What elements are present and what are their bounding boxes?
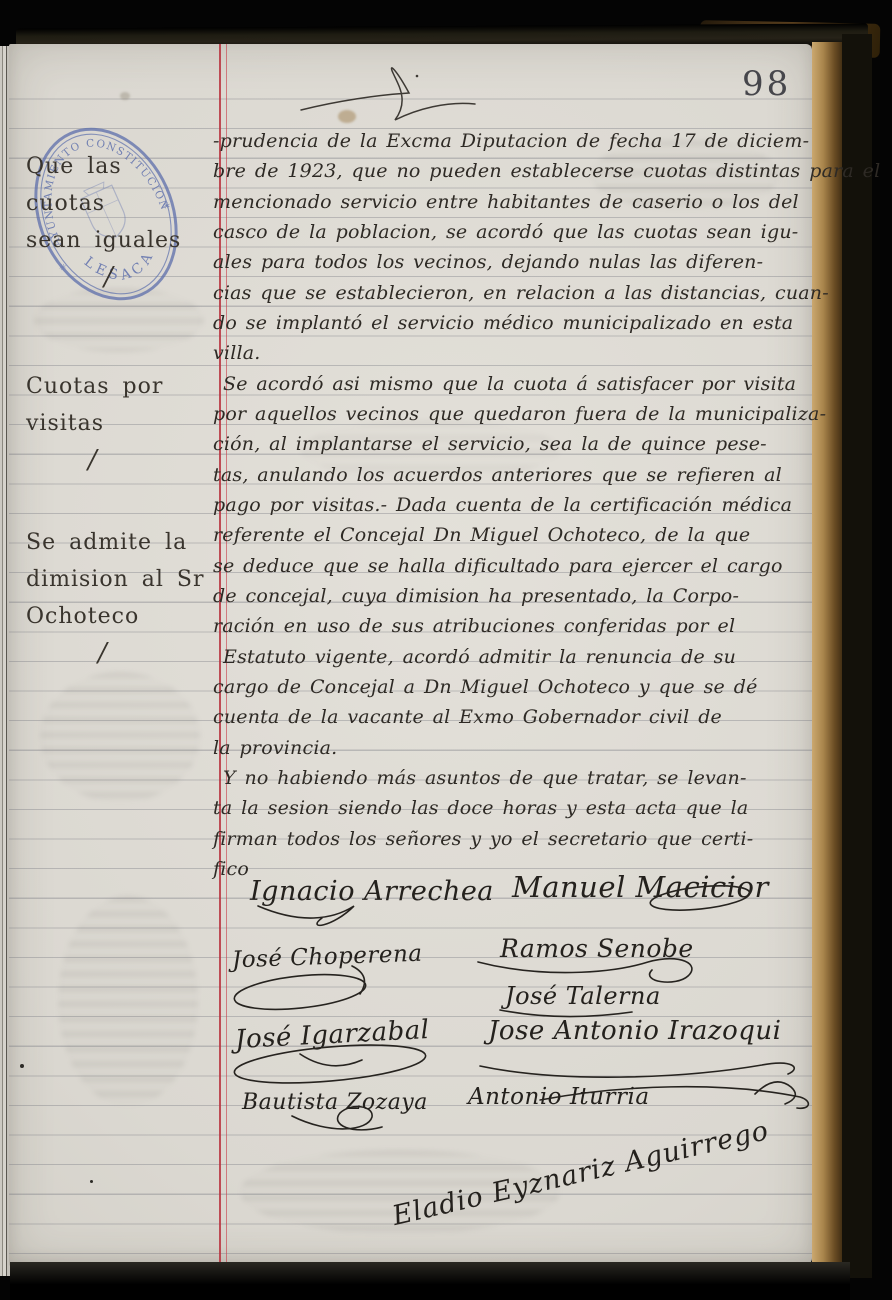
- manuscript-line: la provincia.: [213, 733, 813, 763]
- margin-note-3: Se admite la dimision al Sr Ochoteco /: [26, 524, 211, 672]
- manuscript-line: casco de la poblacion, se acordó que las…: [213, 217, 813, 247]
- margin-note-line: Cuotas por: [26, 374, 163, 399]
- margin-note-1: Que las cuotas sean iguales /: [26, 148, 211, 296]
- manuscript-line: mencionado servicio entre habitantes de …: [213, 187, 813, 217]
- manuscript-line: se deduce que se halla dificultado para …: [213, 551, 813, 581]
- manuscript-line: Se acordó asi mismo que la cuota á satis…: [213, 369, 823, 399]
- manuscript-line: por aquellos vecinos que quedaron fuera …: [213, 399, 813, 429]
- manuscript-line: ta la sesion siendo las doce horas y est…: [213, 793, 813, 823]
- manuscript-line: bre de 1923, que no pueden establecerse …: [213, 156, 813, 186]
- manuscript-line: firman todos los señores y yo el secreta…: [213, 824, 813, 854]
- manuscript-line: pago por visitas.- Dada cuenta de la cer…: [213, 490, 813, 520]
- manuscript-line: -prudencia de la Excma Diputacion de fec…: [213, 126, 813, 156]
- margin-note-line: visitas: [26, 411, 104, 436]
- margin-note-line: dimision al Sr: [26, 567, 204, 592]
- manuscript-line: de concejal, cuya dimision ha presentado…: [213, 581, 813, 611]
- margin-note-line: Se admite la: [26, 530, 187, 555]
- manuscript-line: cias que se establecieron, en relacion a…: [213, 278, 813, 308]
- margin-note-slash: /: [26, 442, 211, 479]
- manuscript-line: ración en uso de sus atribuciones confer…: [213, 611, 813, 641]
- manuscript-line: cuenta de la vacante al Exmo Gobernador …: [213, 702, 813, 732]
- scanned-minutes-page: 98 AYUNTAMIENTO CONSTITUCIONAL DE LESACA…: [0, 0, 892, 1300]
- bleedthrough-smudge: [40, 672, 200, 802]
- margin-note-2: Cuotas por visitas /: [26, 368, 211, 479]
- margin-note-slash: /: [26, 259, 211, 296]
- margin-note-slash: /: [26, 635, 211, 672]
- manuscript-line: villa.: [213, 338, 813, 368]
- manuscript-line: tas, anulando los acuerdos anteriores qu…: [213, 460, 813, 490]
- manuscript-line: ales para todos los vecinos, dejando nul…: [213, 247, 813, 277]
- page-bottom-shadow: [10, 1262, 850, 1300]
- margin-note-line: Que las cuotas: [26, 154, 122, 216]
- manuscript-line: Y no habiendo más asuntos de que tratar,…: [213, 763, 823, 793]
- manuscript-line: referente el Concejal Dn Miguel Ochoteco…: [213, 520, 813, 550]
- manuscript-line: do se implantó el servicio médico munici…: [213, 308, 813, 338]
- page-number: 98: [742, 64, 791, 104]
- signature-rubrics: [0, 860, 892, 1280]
- manuscript-line: ción, al implantarse el servicio, sea la…: [213, 429, 813, 459]
- manuscript-line: cargo de Concejal a Dn Miguel Ochoteco y…: [213, 672, 813, 702]
- margin-note-line: Ochoteco: [26, 604, 139, 629]
- margin-note-line: sean iguales: [26, 228, 181, 253]
- pen-flourish: [293, 56, 503, 134]
- manuscript-line: Estatuto vigente, acordó admitir la renu…: [213, 642, 823, 672]
